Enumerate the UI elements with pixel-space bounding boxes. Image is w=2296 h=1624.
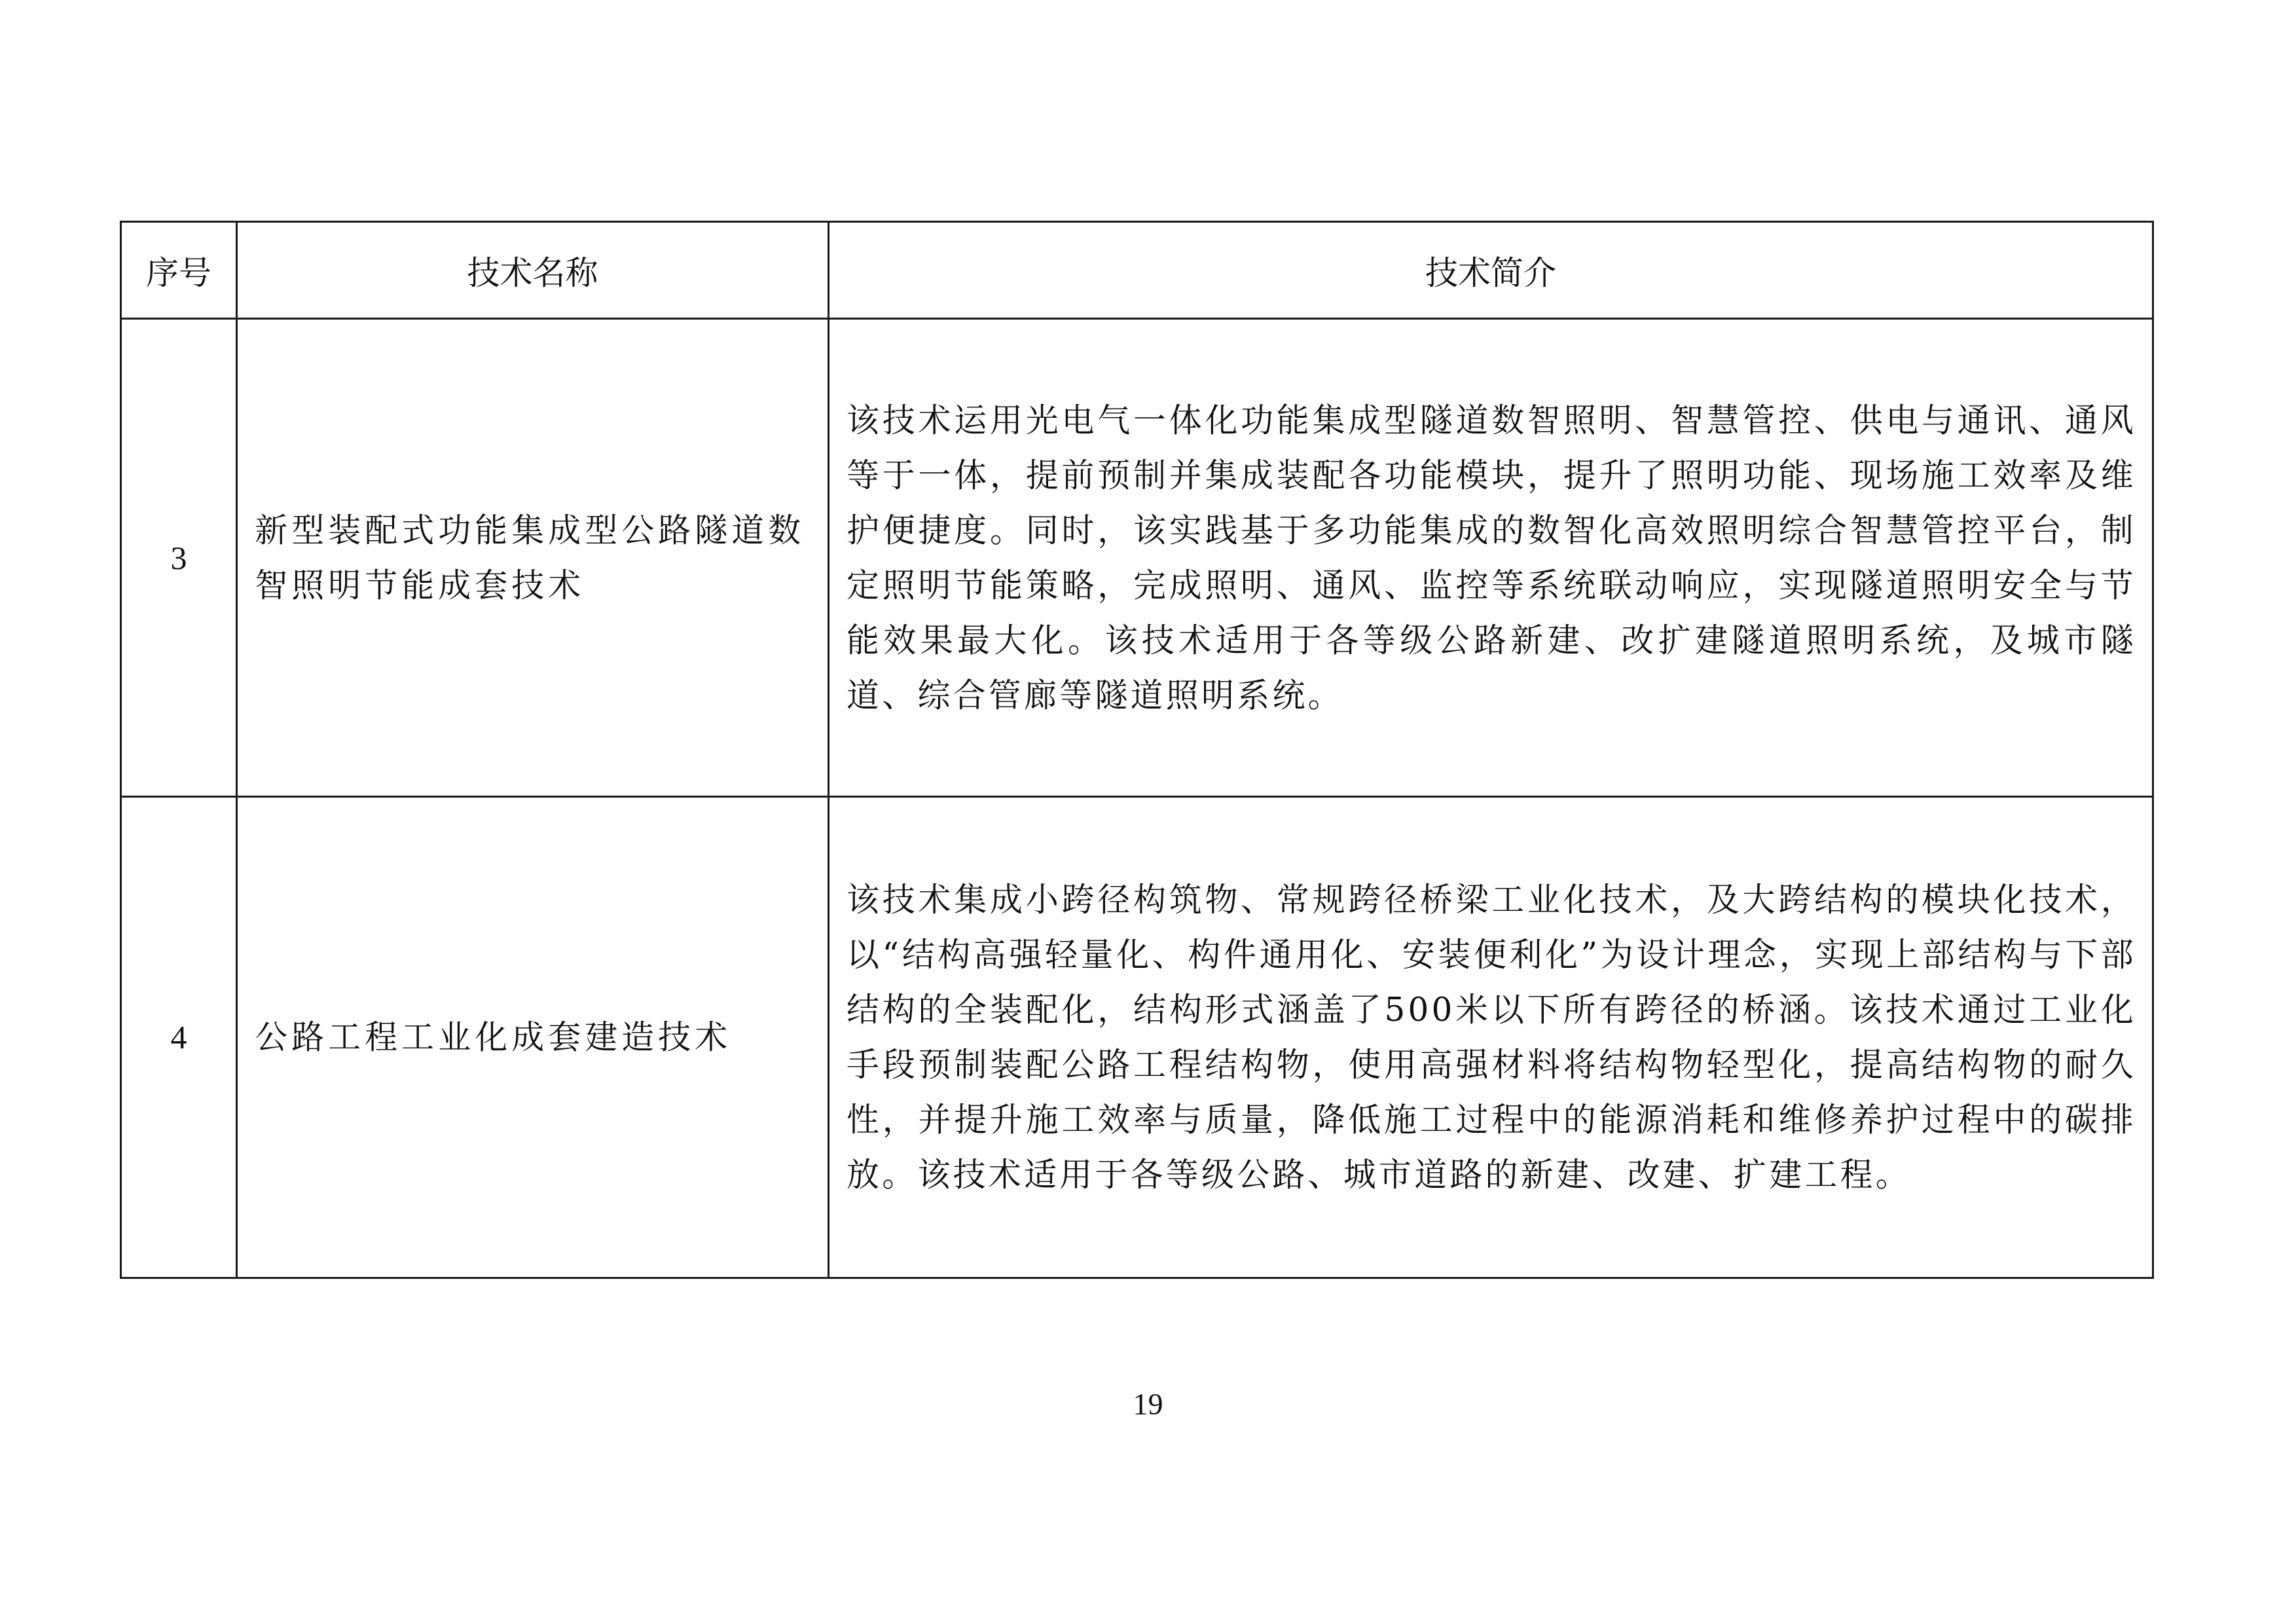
table-header-row: 序号 技术名称 技术简介 (121, 222, 2153, 319)
row-tech-name: 公路工程工业化成套建造技术 (237, 797, 829, 1278)
row-tech-description: 该技术集成小跨径构筑物、常规跨径桥梁工业化技术，及大跨结构的模块化技术，以“结构… (829, 797, 2153, 1278)
header-tech-description: 技术简介 (829, 222, 2153, 319)
page-number: 19 (0, 1387, 2296, 1422)
header-tech-name: 技术名称 (237, 222, 829, 319)
row-tech-description: 该技术运用光电气一体化功能集成型隧道数智照明、智慧管控、供电与通讯、通风等于一体… (829, 319, 2153, 797)
row-index: 4 (121, 797, 237, 1278)
row-tech-name: 新型装配式功能集成型公路隧道数智照明节能成套技术 (237, 319, 829, 797)
table-row: 4 公路工程工业化成套建造技术 该技术集成小跨径构筑物、常规跨径桥梁工业化技术，… (121, 797, 2153, 1278)
header-index: 序号 (121, 222, 237, 319)
row-index: 3 (121, 319, 237, 797)
technology-table: 序号 技术名称 技术简介 3 新型装配式功能集成型公路隧道数智照明节能成套技术 … (120, 221, 2154, 1279)
table-row: 3 新型装配式功能集成型公路隧道数智照明节能成套技术 该技术运用光电气一体化功能… (121, 319, 2153, 797)
